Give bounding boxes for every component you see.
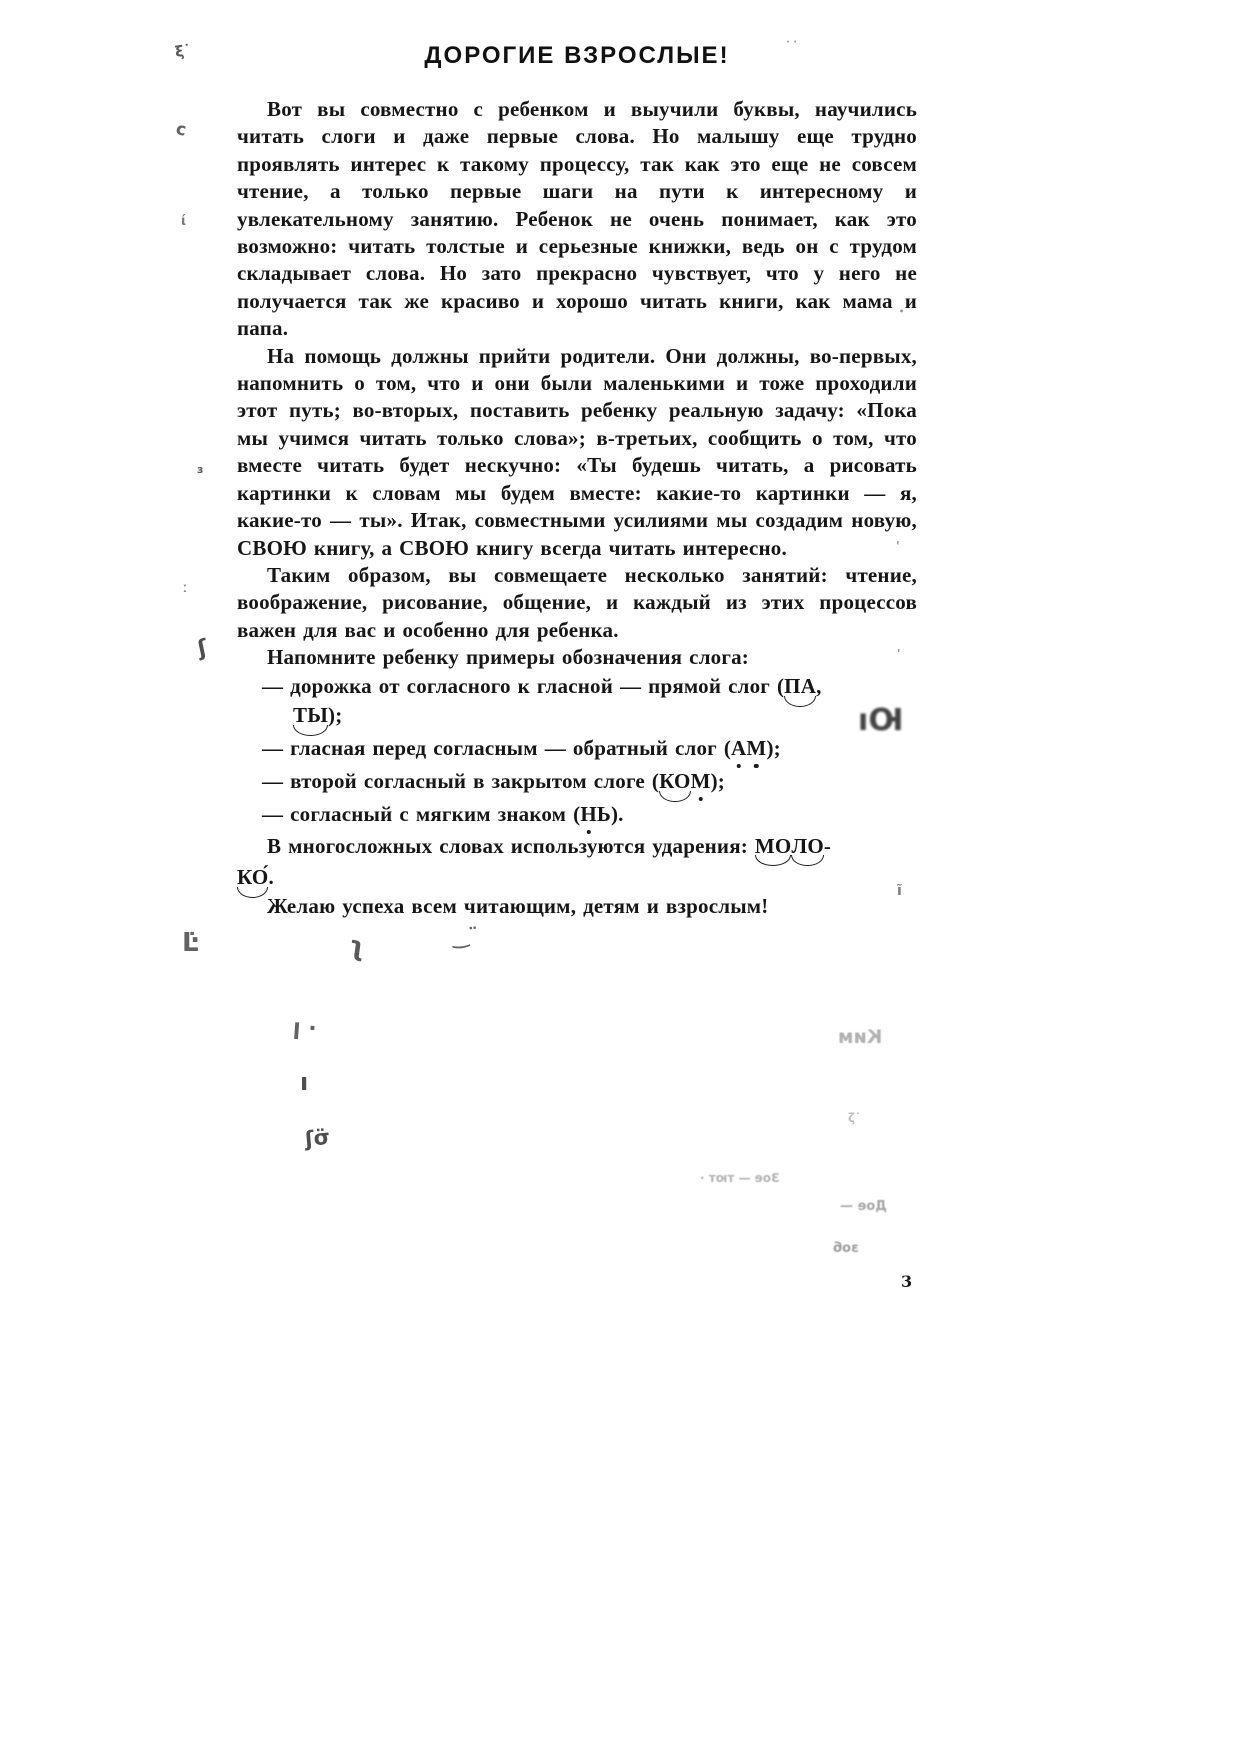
paragraph-intro: Вот вы совместно с ребенком и выучили бу… bbox=[237, 96, 917, 343]
syllable-arc-mark: КО bbox=[659, 767, 690, 796]
syllable-dot-mark: Н bbox=[580, 800, 597, 829]
text-run: ); bbox=[328, 703, 342, 727]
page-number: 3 bbox=[901, 1272, 912, 1291]
text-run: ); bbox=[711, 769, 725, 793]
text-run: Ь). bbox=[597, 802, 624, 826]
text-run: — согласный с мягким знаком ( bbox=[262, 802, 580, 826]
scan-artifact: ‿¨ bbox=[451, 925, 480, 948]
scan-artifact: ξ˙ bbox=[174, 43, 192, 60]
text-run: . bbox=[268, 865, 273, 889]
scan-artifact: ϲ bbox=[175, 121, 188, 139]
paragraph-syllable-examples-lead: Напомните ребенку примеры обозначения сл… bbox=[237, 644, 917, 671]
scan-artifact: Ким bbox=[838, 1028, 882, 1047]
scan-artifact: Ŀ̇ bbox=[182, 930, 199, 956]
text-run: ); bbox=[766, 736, 780, 760]
page-content: ДОРОГИЕ ВЗРОСЛЫЕ! Вот вы совместно с реб… bbox=[237, 42, 917, 920]
scan-artifact: Дое — bbox=[840, 1200, 887, 1213]
list-item-soft-sign: — согласный с мягким знаком (НЬ). bbox=[237, 800, 917, 829]
scan-artifact: ː bbox=[183, 582, 187, 595]
text-run: - bbox=[824, 834, 831, 858]
list-item-direct-syllable: — дорожка от согласного к гласной — прям… bbox=[237, 672, 917, 730]
syllable-arc-mark: ПА bbox=[784, 672, 816, 701]
scan-artifact: ꞁ · bbox=[292, 1017, 317, 1041]
paragraph-combined-activities: Таким образом, вы совмещаете несколько з… bbox=[237, 562, 917, 644]
scan-artifact: ʃ bbox=[196, 637, 210, 660]
scan-artifact: ζ˙ bbox=[848, 1112, 861, 1124]
list-item-closed-syllable: — второй согласный в закрытом слоге (КОМ… bbox=[237, 767, 917, 796]
page-title: ДОРОГИЕ ВЗРОСЛЫЕ! bbox=[237, 42, 917, 70]
syllable-arc-mark: ЛО bbox=[791, 833, 823, 860]
paragraph-parents-help: На помощь должны прийти родители. Они до… bbox=[237, 343, 917, 562]
scan-artifact: ʅ bbox=[347, 933, 366, 961]
paragraph-stress: В многосложных словах используются ударе… bbox=[237, 833, 917, 860]
text-run: В многосложных словах используются ударе… bbox=[267, 834, 755, 858]
syllable-dot-mark: М bbox=[691, 767, 711, 796]
scan-artifact: з bbox=[197, 464, 203, 475]
scanned-book-page: ДОРОГИЕ ВЗРОСЛЫЕ! Вот вы совместно с реб… bbox=[0, 0, 1241, 1741]
list-item-reverse-syllable: — гласная перед согласным — обратный сло… bbox=[237, 734, 917, 763]
scan-artifact: ί bbox=[181, 215, 186, 228]
syllable-arc-mark: КО́ bbox=[237, 862, 268, 892]
scan-artifact: зоб bbox=[833, 1242, 859, 1255]
syllable-list: — дорожка от согласного к гласной — прям… bbox=[237, 672, 917, 829]
stress-hang-line: КО́. bbox=[237, 862, 917, 892]
scan-artifact: Зое — тют · bbox=[700, 1172, 780, 1184]
text-run: — гласная перед согласным — обратный сло… bbox=[262, 736, 731, 760]
text-run: — второй согласный в закрытом слоге ( bbox=[262, 769, 659, 793]
text-run: — дорожка от согласного к гласной — прям… bbox=[262, 674, 784, 698]
syllable-arc-mark: МО bbox=[755, 833, 792, 860]
scan-artifact: ʃσ̈ bbox=[304, 1127, 331, 1150]
syllable-dot-mark: А bbox=[731, 734, 746, 763]
syllable-arc-mark: ТЫ bbox=[293, 701, 328, 730]
closing-line: Желаю успеха всем читающим, детям и взро… bbox=[237, 893, 917, 920]
text-run: , bbox=[816, 674, 821, 698]
syllable-dot-mark: М bbox=[746, 734, 766, 763]
scan-artifact: ı bbox=[300, 1070, 308, 1094]
